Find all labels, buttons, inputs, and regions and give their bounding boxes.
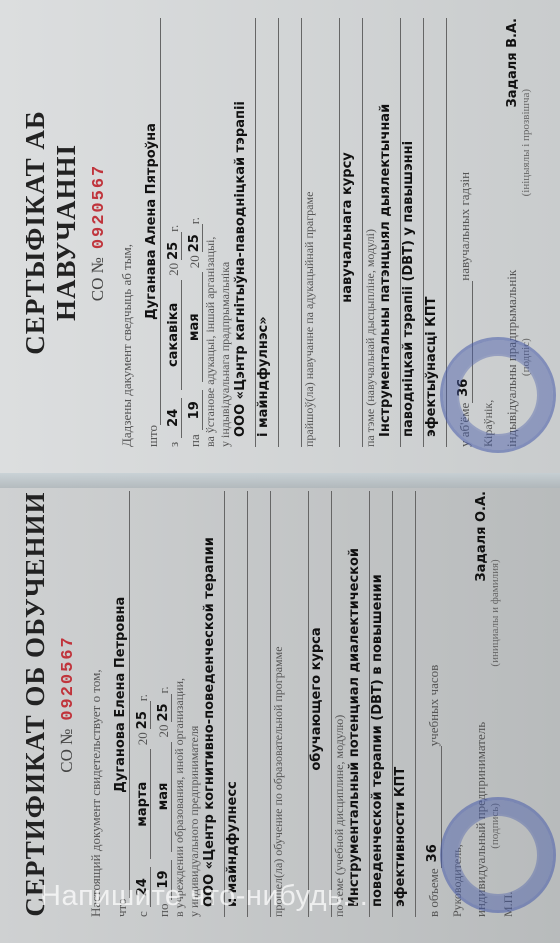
date-to-by: па19мая2025г. <box>187 18 203 447</box>
signer-ru: Задаля О.А. <box>474 491 489 582</box>
institution-ru: ООО «Центр когнитивно-поведенческой тера… <box>202 491 225 917</box>
certificate-title-ru: СЕРТИФИКАТ ОБ ОБУЧЕНИИ <box>20 491 51 917</box>
program-by: навучальнага курсу <box>340 18 363 447</box>
message-input[interactable]: Напишите что-нибудь... <box>40 880 368 913</box>
program-ru: обучающего курса <box>309 491 332 917</box>
topic-ru: Инструментальный потенциал диалектическо… <box>347 491 370 917</box>
stamp-seal-ru <box>440 797 556 913</box>
certificate-title-by: СЕРТЫФІКАТ АБ НАВУЧАННІ <box>20 18 82 447</box>
serial-number-ru: СО №0920567 <box>57 491 78 917</box>
certificate-belarusian: СЕРТЫФІКАТ АБ НАВУЧАННІ СО №0920567 Дадз… <box>0 0 560 473</box>
recipient-name-by: Дуганава Алена Пятроўна <box>144 18 161 425</box>
certificate-sheet: СЕРТИФИКАТ ОБ ОБУЧЕНИИ СО №0920567 Насто… <box>0 0 560 943</box>
recipient-name-ru: Дуганова Елена Петровна <box>113 491 130 898</box>
signer-by: Задаля В.А. <box>505 18 520 108</box>
institution-by: ООО «Цэнтр кагнітыўна-паводніцкай тэрапі… <box>233 18 256 447</box>
date-from-by: з24сакавіка2025г. <box>166 18 182 447</box>
serial-number-by: СО №0920567 <box>88 18 109 447</box>
topic-by: Інструментальны патэнцыял дыялектычнай <box>378 18 401 447</box>
date-from-ru: с24марта2025г. <box>135 491 151 917</box>
date-to-ru: по19мая2025г. <box>156 491 172 917</box>
certificate-photo: СЕРТИФИКАТ ОБ ОБУЧЕНИИ СО №0920567 Насто… <box>0 0 560 943</box>
stamp-seal-by <box>440 337 556 453</box>
certificate-russian: СЕРТИФИКАТ ОБ ОБУЧЕНИИ СО №0920567 Насто… <box>0 473 560 943</box>
